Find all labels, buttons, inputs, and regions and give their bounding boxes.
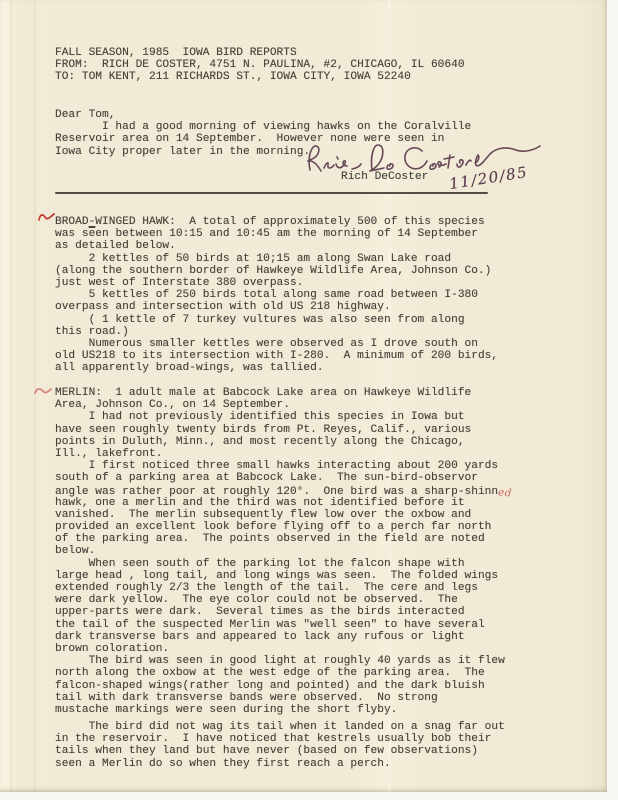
text-line: points in Duluth, Minn., and most recent… [55, 436, 512, 448]
text-segment: points in Duluth, Minn., and most recent… [55, 436, 465, 448]
text-segment: hawk, one a merlin and the third was not… [55, 497, 465, 509]
text-line: this road.) [55, 326, 498, 338]
text-segment: south of a parking area at Babcock Lake.… [55, 472, 478, 484]
text-segment: just west of Interstate 380 overpass. [55, 277, 303, 289]
text-segment: of the parking area. The points observed… [55, 533, 485, 545]
text-line: vanished. The merlin subsequently flew l… [55, 509, 512, 521]
text-segment: FALL SEASON, 1985 IOWA BIRD REPORTS [55, 47, 297, 59]
text-segment: Area, Johnson Co., on 14 September. [55, 399, 290, 411]
text-line: Area, Johnson Co., on 14 September. [55, 399, 512, 411]
scanned-letter-page: FALL SEASON, 1985 IOWA BIRD REPORTSFROM:… [0, 0, 618, 800]
text-segment: vanished. The merlin subsequently flew l… [55, 509, 471, 521]
text-line: FROM: RICH DE COSTER, 4751 N. PAULINA, #… [55, 59, 465, 71]
text-line: brown coloration. [55, 643, 512, 655]
text-line: dark transverse bars and appeared to lac… [55, 631, 512, 643]
text-segment: FROM: RICH DE COSTER, 4751 N. PAULINA, #… [55, 59, 465, 71]
text-line: hawk, one a merlin and the third was not… [55, 497, 512, 509]
text-segment: WINGED HAWK: A total of approximately 50… [95, 216, 484, 228]
text-line: BROAD-WINGED HAWK: A total of approximat… [55, 216, 498, 228]
text-segment: Iowa City proper later in the morning. [55, 146, 310, 158]
text-segment: this road.) [55, 326, 129, 338]
text-line: The bird was seen in good light at rough… [55, 655, 512, 667]
text-segment: 2 kettles of 50 birds at 10;15 am along … [55, 253, 451, 265]
text-line: When seen south of the parking lot the f… [55, 558, 512, 570]
text-segment: provided an excellent look before flying… [55, 521, 491, 533]
text-line: have seen roughly twenty birds from Pt. … [55, 424, 512, 436]
text-line: below. [55, 545, 512, 557]
red-check-icon [38, 212, 56, 224]
text-segment: en between 10:15 and 10:45 am the mornin… [95, 228, 478, 240]
text-line: I first noticed three small hawks intera… [55, 460, 512, 472]
text-segment: (along the southern border of Hawkeye Wi… [55, 265, 491, 277]
text-line: seen a Merlin do so when they first reac… [55, 758, 512, 770]
text-segment: MERLIN: 1 adult male at Babcock Lake are… [55, 387, 471, 399]
text-segment: all apparently broad-wings, was tallied. [55, 362, 324, 374]
text-segment: The bird did not wag its tail when it la… [55, 721, 505, 733]
letter-header-block: FALL SEASON, 1985 IOWA BIRD REPORTSFROM:… [55, 47, 465, 84]
text-segment: in the reservoir. I have noticed that ke… [55, 733, 491, 745]
text-line: old US218 to its intersection with I-280… [55, 350, 498, 362]
text-line: 2 kettles of 50 birds at 10;15 am along … [55, 253, 498, 265]
section-broad-winged-hawk: BROAD-WINGED HAWK: A total of approximat… [55, 216, 498, 374]
text-segment: dark transverse bars and appeared to lac… [55, 631, 465, 643]
divider-rule [55, 192, 488, 194]
text-segment: I first noticed three small hawks intera… [55, 460, 498, 472]
text-segment: 5 kettles of 250 birds total along same … [55, 289, 478, 301]
text-line: in the reservoir. I have noticed that ke… [55, 733, 512, 745]
text-line: overpass and intersection with old US 21… [55, 301, 498, 313]
text-segment: seen a Merlin do so when they first reac… [55, 758, 391, 770]
text-segment: tail with dark transverse bands were obs… [55, 692, 438, 704]
text-segment: When seen south of the parking lot the f… [55, 558, 465, 570]
text-line: was seen between 10:15 and 10:45 am the … [55, 228, 498, 240]
text-line: all apparently broad-wings, was tallied. [55, 362, 498, 374]
text-line: south of a parking area at Babcock Lake.… [55, 472, 512, 484]
text-line: tail with dark transverse bands were obs… [55, 692, 512, 704]
text-line: provided an excellent look before flying… [55, 521, 512, 533]
text-segment: were dark yellow. The eye color could no… [55, 594, 458, 606]
text-line: 5 kettles of 250 birds total along same … [55, 289, 498, 301]
text-segment: as detailed below. [55, 240, 176, 252]
typed-signature: Rich DeCoster [341, 171, 428, 183]
text-segment: old US218 to its intersection with I-280… [55, 350, 498, 362]
text-line: Numerous smaller kettles were observed a… [55, 338, 498, 350]
text-segment: have seen roughly twenty birds from Pt. … [55, 424, 471, 436]
text-line: falcon-shaped wings(rather long and poin… [55, 680, 512, 692]
text-line: tails when they land but have never (bas… [55, 745, 512, 757]
text-line: The bird did not wag its tail when it la… [55, 721, 512, 733]
text-segment: mustache markings were seen during the s… [55, 704, 397, 716]
text-line: I had a good morning of viewing hawks on… [55, 121, 471, 133]
text-segment: was s [55, 228, 89, 240]
text-line: large head , long tail, and long wings w… [55, 570, 512, 582]
text-segment: extended roughly 2/3 the length of the t… [55, 582, 478, 594]
text-line: Ill., lakefront. [55, 448, 512, 460]
text-segment: falcon-shaped wings(rather long and poin… [55, 680, 485, 692]
text-segment: overpass and intersection with old US 21… [55, 301, 391, 313]
handwritten-correction: ed [498, 486, 513, 499]
text-segment: below. [55, 545, 95, 557]
text-line: TO: TOM KENT, 211 RICHARDS ST., IOWA CIT… [55, 71, 465, 83]
red-check-icon [34, 386, 53, 398]
text-segment: The bird was seen in good light at rough… [55, 655, 505, 667]
text-line: as detailed below. [55, 240, 498, 252]
letter-paper: FALL SEASON, 1985 IOWA BIRD REPORTSFROM:… [0, 0, 607, 792]
text-segment: brown coloration. [55, 643, 169, 655]
text-segment: TO: TOM KENT, 211 RICHARDS ST., IOWA CIT… [55, 71, 411, 83]
text-segment: north along the oxbow at the west edge o… [55, 667, 485, 679]
text-segment: angle was rather poor at roughly 120°. O… [55, 486, 498, 498]
text-line: angle was rather poor at roughly 120°. O… [55, 485, 512, 497]
text-line: FALL SEASON, 1985 IOWA BIRD REPORTS [55, 47, 465, 59]
text-line: of the parking area. The points observed… [55, 533, 512, 545]
text-segment: ( 1 kettle of 7 turkey vultures was also… [55, 314, 465, 326]
section-merlin: MERLIN: 1 adult male at Babcock Lake are… [55, 387, 512, 770]
text-line: upper-parts were dark. Several times as … [55, 606, 512, 618]
text-line: MERLIN: 1 adult male at Babcock Lake are… [55, 387, 512, 399]
text-line: I had not previously identified this spe… [55, 411, 512, 423]
text-line: just west of Interstate 380 overpass. [55, 277, 498, 289]
text-segment: I had not previously identified this spe… [55, 411, 465, 423]
text-line: (along the southern border of Hawkeye Wi… [55, 265, 498, 277]
text-line: mustache markings were seen during the s… [55, 704, 512, 716]
text-line: the tail of the suspected Merlin was "we… [55, 619, 512, 631]
text-segment: Ill., lakefront. [55, 448, 162, 460]
text-line: extended roughly 2/3 the length of the t… [55, 582, 512, 594]
text-segment: Dear Tom, [55, 109, 115, 121]
text-line: were dark yellow. The eye color could no… [55, 594, 512, 606]
text-segment: Numerous smaller kettles were observed a… [55, 338, 478, 350]
text-line: north along the oxbow at the west edge o… [55, 667, 512, 679]
text-segment: I had a good morning of viewing hawks on… [55, 121, 471, 133]
text-segment: large head , long tail, and long wings w… [55, 570, 498, 582]
text-segment: the tail of the suspected Merlin was "we… [55, 619, 485, 631]
text-segment: upper-parts were dark. Several times as … [55, 606, 465, 618]
text-line: ( 1 kettle of 7 turkey vultures was also… [55, 314, 498, 326]
text-line: Dear Tom, [55, 109, 471, 121]
text-segment: tails when they land but have never (bas… [55, 745, 478, 757]
text-segment: BROAD [55, 216, 89, 228]
